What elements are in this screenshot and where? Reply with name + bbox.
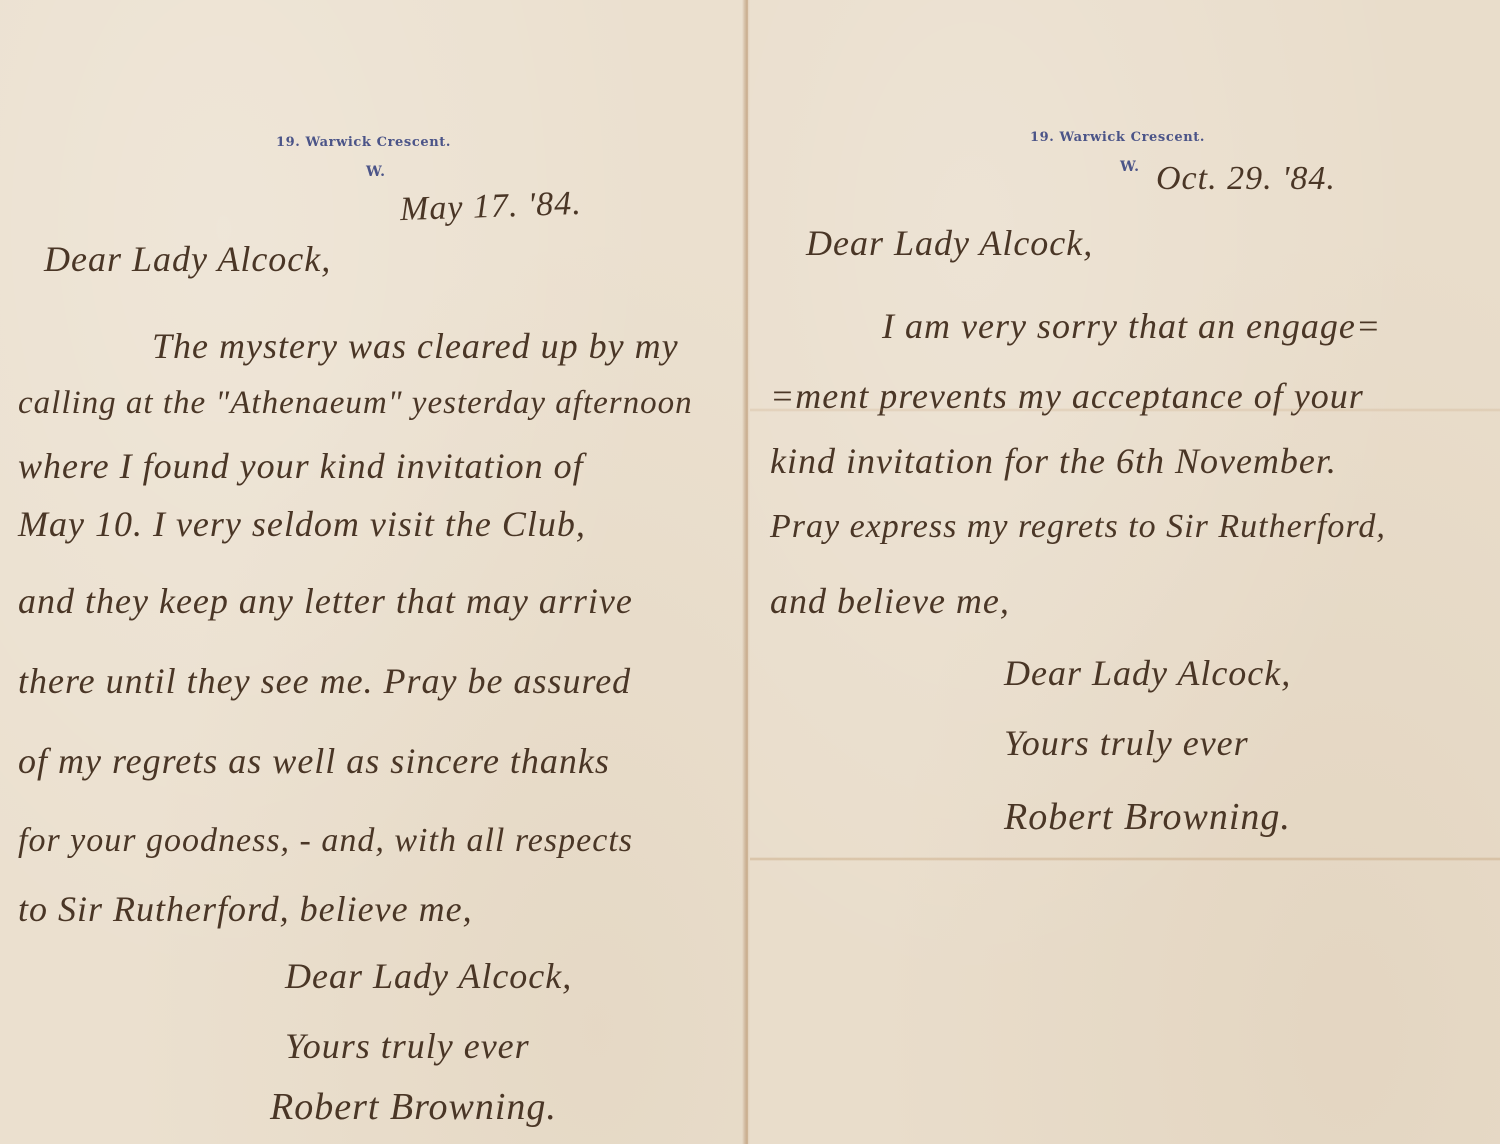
- letter-sheet-may: 19. Warwick Crescent. W. May 17. '84. De…: [0, 0, 746, 1144]
- body-line: kind invitation for the 6th November.: [770, 440, 1337, 482]
- letter-date: May 17. '84.: [399, 185, 582, 229]
- salutation: Dear Lady Alcock,: [806, 222, 1093, 264]
- letterhead-address: 19. Warwick Crescent.: [276, 135, 451, 150]
- body-line: The mystery was cleared up by my: [152, 325, 679, 367]
- closing-line: Yours truly ever: [285, 1025, 530, 1067]
- letterhead-district: W.: [366, 164, 451, 180]
- salutation: Dear Lady Alcock,: [44, 238, 331, 280]
- paper-fold-line: [750, 857, 1500, 861]
- signature: Robert Browning.: [270, 1085, 557, 1129]
- body-line: to Sir Rutherford, believe me,: [18, 888, 473, 930]
- closing-line: Yours truly ever: [1004, 722, 1249, 764]
- letterhead-address: 19. Warwick Crescent.: [1030, 130, 1205, 145]
- body-line: of my regrets as well as sincere thanks: [18, 740, 610, 782]
- letter-date: Oct. 29. '84.: [1156, 160, 1336, 198]
- sheet-edge-divider: [742, 0, 750, 1144]
- letter-sheet-october: 19. Warwick Crescent. W. Oct. 29. '84. D…: [746, 0, 1500, 1144]
- body-line: for your goodness, - and, with all respe…: [18, 822, 633, 860]
- body-line: May 10. I very seldom visit the Club,: [18, 503, 586, 545]
- letters-spread: 19. Warwick Crescent. W. May 17. '84. De…: [0, 0, 1500, 1144]
- signature: Robert Browning.: [1004, 795, 1291, 839]
- closing-line: Dear Lady Alcock,: [285, 955, 572, 997]
- paper-fold-line: [750, 408, 1500, 412]
- body-line: I am very sorry that an engage=: [882, 305, 1381, 347]
- body-line: calling at the "Athenaeum" yesterday aft…: [18, 385, 693, 422]
- letterhead: 19. Warwick Crescent. W.: [276, 135, 451, 180]
- body-line: Pray express my regrets to Sir Rutherfor…: [770, 508, 1386, 546]
- closing-line: Dear Lady Alcock,: [1004, 652, 1291, 694]
- body-line: and believe me,: [770, 580, 1010, 622]
- body-line: where I found your kind invitation of: [18, 445, 584, 487]
- body-line: there until they see me. Pray be assured: [18, 660, 631, 702]
- body-line: and they keep any letter that may arrive: [18, 580, 633, 622]
